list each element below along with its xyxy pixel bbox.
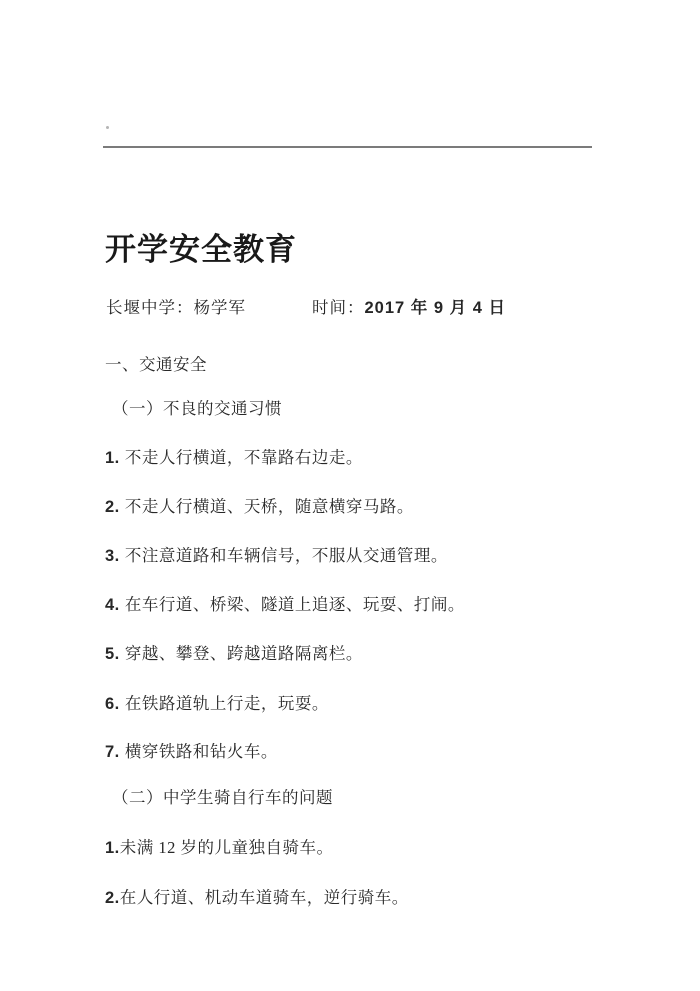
list-item: 7. 横穿铁路和钻火车。 [105, 741, 278, 763]
item-number: 3. [105, 547, 125, 565]
item-number: 1. [105, 449, 125, 467]
author-label: 长堰中学：杨学军 [106, 298, 246, 317]
line-text: （一）不良的交通习惯 [112, 399, 282, 418]
date-value: 2017 年 9 月 4 日 [365, 299, 506, 317]
line-text: 穿越、攀登、跨越道路隔离栏。 [125, 644, 363, 663]
section-heading: 一、交通安全 [105, 354, 207, 375]
line-text: 不注意道路和车辆信号，不服从交通管理。 [125, 546, 448, 565]
line-text: （二）中学生骑自行车的问题 [112, 788, 333, 807]
line-text: 横穿铁路和钻火车。 [125, 742, 278, 761]
meta-row: 长堰中学：杨学军 时间：2017 年 9 月 4 日 [106, 297, 596, 321]
date-prefix: 时间： [312, 298, 365, 317]
header-divider [103, 146, 592, 148]
list-item: 6. 在铁路道轨上行走，玩耍。 [105, 693, 329, 715]
list-item: 2. 不走人行横道、天桥，随意横穿马路。 [105, 496, 414, 518]
item-number: 2. [105, 889, 120, 907]
list-item: 1. 不走人行横道，不靠路右边走。 [105, 447, 363, 469]
list-item: 1.未满 12 岁的儿童独自骑车。 [105, 837, 334, 859]
line-text: 一、交通安全 [105, 355, 207, 374]
document-title: 开学安全教育 [105, 233, 297, 267]
list-item: 4. 在车行道、桥梁、隧道上追逐、玩耍、打闹。 [105, 594, 465, 616]
stray-mark [106, 126, 109, 129]
document-page: 开学安全教育 长堰中学：杨学军 时间：2017 年 9 月 4 日 一、交通安全… [0, 0, 700, 991]
item-number: 1. [105, 839, 120, 857]
line-text: 在人行道、机动车道骑车，逆行骑车。 [120, 888, 409, 907]
line-text: 在车行道、桥梁、隧道上追逐、玩耍、打闹。 [125, 595, 465, 614]
list-item: 5. 穿越、攀登、跨越道路隔离栏。 [105, 643, 363, 665]
date-label: 时间：2017 年 9 月 4 日 [312, 297, 506, 319]
item-number: 7. [105, 743, 125, 761]
line-text: 不走人行横道，不靠路右边走。 [125, 448, 363, 467]
item-number: 4. [105, 596, 125, 614]
subsection-heading: （一）不良的交通习惯 [112, 398, 282, 419]
item-number: 6. [105, 695, 125, 713]
line-text: 不走人行横道、天桥，随意横穿马路。 [125, 497, 414, 516]
list-item: 2.在人行道、机动车道骑车，逆行骑车。 [105, 887, 409, 909]
item-number: 2. [105, 498, 125, 516]
line-text: 在铁路道轨上行走，玩耍。 [125, 694, 329, 713]
item-number: 5. [105, 645, 125, 663]
list-item: 3. 不注意道路和车辆信号，不服从交通管理。 [105, 545, 448, 567]
subsection-heading: （二）中学生骑自行车的问题 [112, 787, 333, 808]
line-text: 未满 12 岁的儿童独自骑车。 [120, 838, 334, 857]
